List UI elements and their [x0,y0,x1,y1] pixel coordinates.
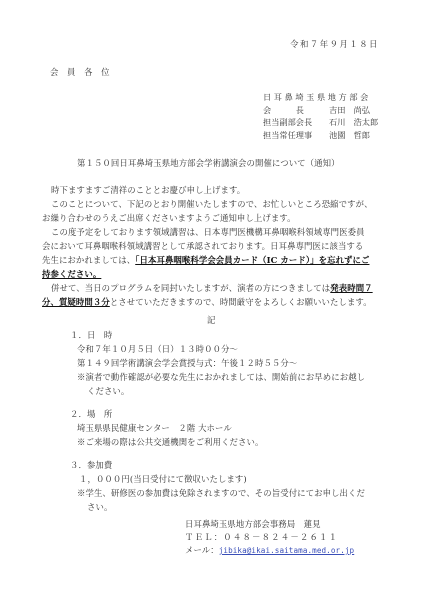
paragraph-training-line1: この度予定をしております領域講習は、日本専門医機構耳鼻咽喉科領域専門医委員 [51,227,365,238]
award-ceremony: 第１４９回学術講演会学会賞授与式：午後１２時５５分～ [77,358,297,369]
mail-label: メール： [185,545,219,555]
sender-role: 会 長 [263,104,329,117]
paragraph-notice-line1: このことについて、下記のとおり開催いたしますので、お忙しいところ恐縮ですが、 [51,199,373,210]
section-datetime-heading: １．日 時 [70,330,112,341]
presenter-note-line1: ※演者で動作確認が必要な先生におかれましては、開始前にお早めにお越し [77,372,365,383]
sender-block: 日 耳 鼻 埼 玉 県 地 方 部 会 会 長 吉田 尚弘 担当副部会長 石川 … [263,91,378,141]
fee-note-line2: さい。 [87,502,112,513]
sender-organization: 日 耳 鼻 埼 玉 県 地 方 部 会 [263,91,378,104]
email-link[interactable]: jibika@ikai.saitama.med.or.jp [219,546,354,555]
sender-name: 吉田 尚弘 [329,104,370,117]
paragraph-notice-line2: お繰り合わせのうえご出席くださいますようご通知申し上げます。 [42,213,296,224]
paragraph-training-line3: 先生におかれましては、「日本耳鼻咽喉科学会会員カード（IC カード）」を忘れずに… [42,255,369,266]
paragraph-program-line2: 分、質疑時間３分とさせていただきますので、時間厳守をよろしくお願いいたします。 [42,297,372,308]
text-plain: とさせていただきますので、時間厳守をよろしくお願いいたします。 [110,297,372,307]
contact-mail-row: メール：jibika@ikai.saitama.med.or.jp [185,545,354,556]
sender-name: 石川 浩太郎 [329,116,378,129]
addressee: 会 員 各 位 [50,67,113,78]
sender-role: 担当常任理事 [263,129,329,142]
sender-role: 担当副部会長 [263,116,329,129]
section-fee-heading: ３．参加費 [70,460,112,471]
sender-row-president: 会 長 吉田 尚弘 [263,104,378,117]
sender-row-vice: 担当副部会長 石川 浩太郎 [263,116,378,129]
text-plain: 先生におかれましては、 [42,255,135,265]
ic-card-reminder-cont: 持参ください。 [42,269,101,280]
venue-note: ※ご来場の際は公共交通機関をご利用ください。 [77,437,263,448]
presentation-time: 発表時間７ [330,283,372,293]
text-plain: 併せて、当日のプログラムを同封いたしますが、演者の方につきましては [51,283,330,293]
fee-amount: １，０００円(当日受付にて徴収いたします) [79,474,247,485]
event-date: 令和７年１０月５日（日）１３時００分～ [77,344,238,355]
paragraph-greeting: 時下ますますご清祥のこととお慶び申し上げます。 [51,185,245,196]
venue-name: 埼玉県県民健康センター ２階 大ホール [77,423,232,434]
section-venue-heading: ２．場 所 [70,409,112,420]
ki-heading: 記 [207,315,215,326]
ic-card-reminder: 「日本耳鼻咽喉科学会会員カード（IC カード）」を忘れずにご [135,255,369,265]
contact-office: 日耳鼻埼玉県地方部会事務局 蓮見 [185,519,321,530]
sender-row-director: 担当常任理事 池園 哲郎 [263,129,378,142]
fee-note-line1: ※学生、研修医の参加費は免除されますので、その旨受付にてお申し出くだ [77,488,365,499]
contact-tel: ＴＥＬ：０４８－８２４－２６１１ [185,532,338,543]
paragraph-training-line2: 会において耳鼻咽喉科領域講習として承認されております。日耳鼻専門医に該当する [42,241,363,252]
presenter-note-line2: ください。 [87,386,129,397]
document-title: 第１５０回日耳鼻埼玉県地方部会学術講演会の開催について（通知） [77,158,340,169]
qa-time: 分、質疑時間３分 [42,297,110,307]
document-date: 令和７年９月１８日 [290,39,379,50]
paragraph-program-line1: 併せて、当日のプログラムを同封いたしますが、演者の方につきましては発表時間７ [51,283,373,294]
sender-name: 池園 哲郎 [329,129,370,142]
